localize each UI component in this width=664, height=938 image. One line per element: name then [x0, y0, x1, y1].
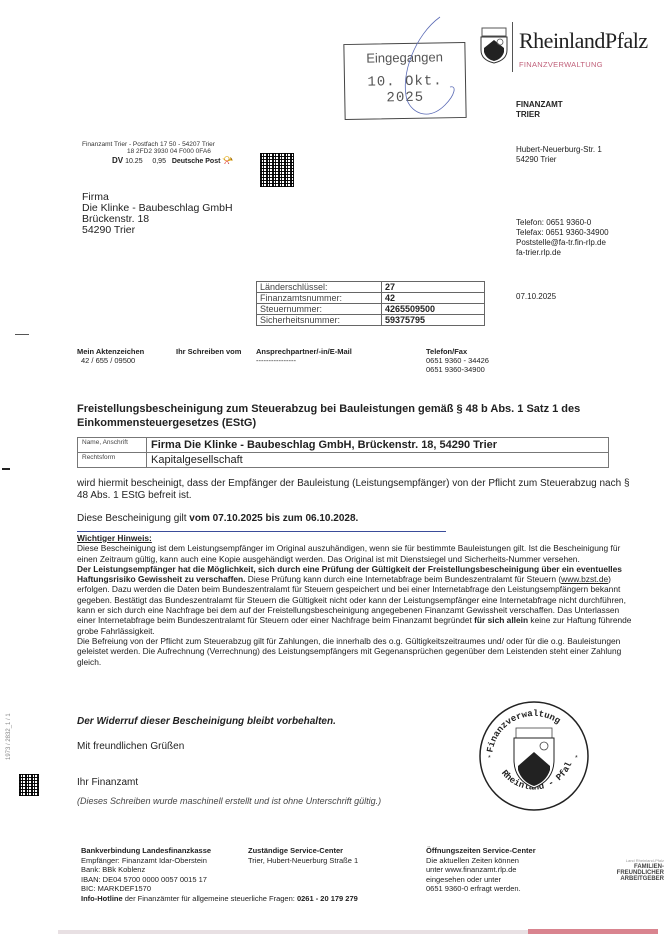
- id-row: Sicherheitsnummer:59375795: [257, 315, 485, 326]
- footer-line: IBAN: DE04 5700 0000 0057 0015 17: [81, 875, 211, 885]
- notice-heading: Wichtiger Hinweis:: [77, 533, 632, 543]
- office-phone: Telefon: 0651 9360-0: [516, 218, 609, 228]
- footer-service: Zuständige Service-Center Trier, Hubert-…: [248, 846, 358, 865]
- id-row: Steuernummer:4265509500: [257, 304, 485, 315]
- footer-band-accent: [528, 929, 658, 934]
- subject-name-value: Firma Die Klinke - Baubeschlag GmbH, Brü…: [147, 438, 609, 453]
- id-label: Finanzamtsnummer:: [257, 293, 382, 304]
- id-label: Sicherheitsnummer:: [257, 315, 382, 326]
- id-value: 4265509500: [382, 304, 485, 315]
- ref-label: Mein Aktenzeichen: [77, 347, 144, 356]
- footer-line: unter www.finanzamt.rlp.de: [426, 865, 536, 875]
- footer-hours: Öffnungszeiten Service-Center Die aktuel…: [426, 846, 536, 894]
- office-address: Hubert-Neuerburg-Str. 1 54290 Trier: [516, 145, 602, 165]
- notice-block: Wichtiger Hinweis: Diese Bescheinigung i…: [77, 533, 632, 667]
- footer-heading: Bankverbindung Landesfinanzkasse: [81, 846, 211, 856]
- notice-paragraph: Diese Bescheinigung ist dem Leistungsemp…: [77, 543, 632, 564]
- footer-line: Trier, Hubert-Neuerburg Straße 1: [248, 856, 358, 866]
- postal-franking: DV 10.25 0,95 Deutsche Post 📯: [82, 155, 234, 167]
- logo-subtitle: FINANZVERWALTUNG: [519, 60, 603, 69]
- subject-form-value: Kapitalgesellschaft: [147, 453, 609, 468]
- side-code: 1973 / 2832_1 / 1: [6, 760, 18, 830]
- office-name-line2: TRIER: [516, 110, 563, 120]
- postal-dv: DV: [112, 156, 123, 165]
- ref-ansprech: Ansprechpartner/-in/E-Mail -------------…: [256, 347, 352, 365]
- office-fax: Telefax: 0651 9360-34900: [516, 228, 609, 238]
- hotline-label: Info-Hotline: [81, 894, 123, 903]
- office-name: FINANZAMT TRIER: [516, 100, 563, 120]
- fold-mark: [15, 334, 29, 335]
- validity-period: vom 07.10.2025 bis zum 06.10.2028.: [189, 513, 358, 524]
- notice-text: Diese Prüfung kann durch eine Internetab…: [245, 574, 561, 584]
- footer-line: Die aktuellen Zeiten können: [426, 856, 536, 866]
- ref-label: Ihr Schreiben vom: [176, 347, 241, 356]
- rlp-crest-icon: [478, 26, 510, 64]
- ref-label: Telefon/Fax: [426, 347, 489, 356]
- footer-line: 0651 9360-0 erfragt werden.: [426, 884, 536, 894]
- postal-carrier: Deutsche Post: [172, 158, 221, 165]
- postal-price: 0,95: [152, 158, 166, 165]
- subject-name-label: Name, Anschrift: [78, 438, 147, 453]
- id-value: 42: [382, 293, 485, 304]
- ref-label: Ansprechpartner/-in/E-Mail: [256, 347, 352, 356]
- footer-line: eingesehen oder unter: [426, 875, 536, 885]
- postal-code: 18 2FD2 3930 04 F000 0FA6: [82, 148, 234, 155]
- bzst-link[interactable]: www.bzst.de: [561, 574, 608, 584]
- office-contact: Telefon: 0651 9360-0 Telefax: 0651 9360-…: [516, 218, 609, 258]
- certification-text: wird hiermit bescheinigt, dass der Empfä…: [77, 478, 637, 502]
- office-street: Hubert-Neuerburg-Str. 1: [516, 145, 602, 155]
- notice-bold: für sich allein: [474, 615, 528, 625]
- postal-dv-date: 10.25: [125, 158, 143, 165]
- document-title: Freistellungsbescheinigung zum Steuerabz…: [77, 402, 637, 430]
- subject-table: Name, AnschriftFirma Die Klinke - Baubes…: [77, 437, 609, 468]
- ref-telefon: Telefon/Fax 0651 9360 - 34426 0651 9360-…: [426, 347, 489, 374]
- svg-text:*: *: [488, 755, 491, 762]
- ref-aktenzeichen: Mein Aktenzeichen 42 / 655 / 09500: [77, 347, 144, 365]
- footer-line: BIC: MARKDEF1570: [81, 884, 211, 894]
- ref-value: 0651 9360 - 34426: [426, 356, 489, 365]
- side-code-text: 1973 / 2832_1 / 1: [6, 713, 12, 760]
- family-small: Land Rheinland-Pfalz: [626, 858, 664, 863]
- id-value: 27: [382, 282, 485, 293]
- postal-block: Finanzamt Trier - Postfach 17 50 - 54207…: [82, 141, 234, 167]
- ref-value: 42 / 655 / 09500: [77, 356, 144, 365]
- logo-title: RheinlandPfalz: [519, 28, 648, 54]
- ref-schreiben: Ihr Schreiben vom: [176, 347, 241, 356]
- official-seal-icon: Finanzverwaltung Rheinland - Pfalz * *: [478, 700, 590, 812]
- footer-line: Bank: BBk Koblenz: [81, 865, 211, 875]
- notice-paragraph: Die Befreiung von der Pflicht zum Steuer…: [77, 636, 632, 667]
- recipient-address: Firma Die Klinke - Baubeschlag GmbH Brüc…: [82, 192, 233, 236]
- handwritten-mark-icon: [395, 15, 465, 125]
- family-line: ARBEITGEBER: [620, 876, 664, 882]
- punch-mark: [2, 468, 10, 470]
- letter-date: 07.10.2025: [516, 292, 556, 301]
- id-row: Länderschlüssel:27: [257, 282, 485, 293]
- office-email[interactable]: Poststelle@fa-tr.fin-rlp.de: [516, 238, 609, 248]
- footer-heading: Zuständige Service-Center: [248, 846, 358, 856]
- id-table: Länderschlüssel:27 Finanzamtsnummer:42 S…: [256, 281, 485, 326]
- validity-text: Diese Bescheinigung gilt vom 07.10.2025 …: [77, 513, 637, 525]
- validity-prefix: Diese Bescheinigung gilt: [77, 513, 189, 524]
- footer-line: Empfänger: Finanzamt Idar-Oberstein: [81, 856, 211, 866]
- family-employer-badge: Land Rheinland-Pfalz FAMILIEN- FREUNDLIC…: [598, 858, 664, 882]
- id-label: Länderschlüssel:: [257, 282, 382, 293]
- office-web[interactable]: fa-trier.rlp.de: [516, 248, 609, 258]
- hotline-text: der Finanzämter für allgemeine steuerlic…: [123, 894, 297, 903]
- footer-hotline: Info-Hotline der Finanzämter für allgeme…: [81, 894, 358, 904]
- subject-form-label: Rechtsform: [78, 453, 147, 468]
- side-datamatrix-icon: [19, 774, 39, 796]
- footer-heading: Öffnungszeiten Service-Center: [426, 846, 536, 856]
- postal-sender: Finanzamt Trier - Postfach 17 50 - 54207…: [82, 141, 234, 148]
- divider-line: [77, 531, 446, 532]
- notice-paragraph: Der Leistungsempfänger hat die Möglichke…: [77, 564, 632, 636]
- id-row: Finanzamtsnummer:42: [257, 293, 485, 304]
- id-value: 59375795: [382, 315, 485, 326]
- ref-value: ----------------: [256, 356, 352, 365]
- office-city: 54290 Trier: [516, 155, 602, 165]
- id-label: Steuernummer:: [257, 304, 382, 315]
- svg-text:*: *: [575, 755, 578, 762]
- logo-divider: [512, 22, 513, 72]
- datamatrix-code-icon: [260, 153, 294, 187]
- recipient-line: 54290 Trier: [82, 225, 233, 236]
- posthorn-icon: 📯: [222, 155, 233, 165]
- footer-band: [58, 930, 528, 934]
- hotline-number: 0261 - 20 179 279: [297, 894, 358, 903]
- ref-value: 0651 9360-34900: [426, 365, 489, 374]
- office-name-line1: FINANZAMT: [516, 100, 563, 110]
- footer-bank: Bankverbindung Landesfinanzkasse Empfäng…: [81, 846, 211, 894]
